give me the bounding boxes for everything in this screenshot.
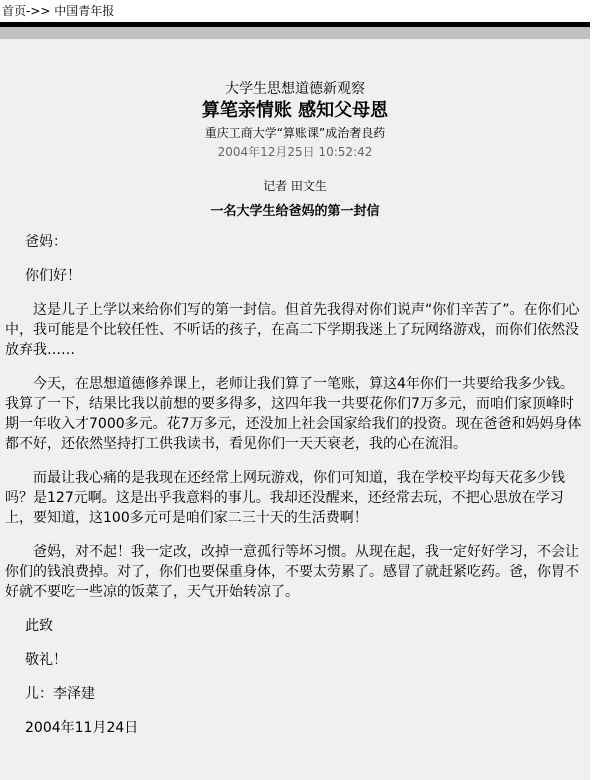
breadcrumb-current-link[interactable]: 中国青年报 (54, 4, 114, 18)
article-datetime: 2004年12月25日 10:52:42 (0, 144, 590, 160)
letter-paragraph: 而最让我心痛的是我现在还经常上网玩游戏，你们可知道，我在学校平均每天花多少钱吗？… (5, 468, 585, 528)
breadcrumb: 首页->> 中国青年报 (2, 3, 114, 19)
article-container: 大学生思想道德新观察 算笔亲情账 感知父母恩 重庆工商大学“算账课”成治奢良药 … (0, 39, 590, 780)
letter-greeting: 你们好！ (5, 266, 585, 286)
letter-title: 一名大学生给爸妈的第一封信 (0, 203, 590, 221)
letter-paragraph: 今天，在思想道德修养课上，老师让我们算了一笔账，算这4年你们一共要给我多少钱。我… (5, 374, 585, 454)
article-subtitle: 大学生思想道德新观察 (0, 80, 590, 98)
letter-closing-1: 此致 (5, 616, 585, 636)
article-lead: 重庆工商大学“算账课”成治奢良药 (0, 125, 590, 141)
letter-paragraph: 爸妈，对不起！我一定改，改掉一意孤行等坏习惯。从现在起，我一定好好学习，不会让你… (5, 542, 585, 602)
breadcrumb-home-link[interactable]: 首页 (2, 4, 26, 18)
article-title: 算笔亲情账 感知父母恩 (0, 99, 590, 123)
letter-signature: 儿：李泽建 (5, 684, 585, 704)
letter-date: 2004年11月24日 (5, 718, 585, 738)
header-divider-gray (0, 27, 590, 39)
letter-closing-2: 敬礼！ (5, 650, 585, 670)
letter-paragraph: 这是儿子上学以来给你们写的第一封信。但首先我得对你们说声“你们辛苦了”。在你们心… (5, 300, 585, 360)
breadcrumb-separator: ->> (26, 4, 50, 18)
letter-salutation: 爸妈： (5, 232, 585, 252)
article-reporter: 记者 田文生 (0, 178, 590, 194)
article-body: 爸妈： 你们好！ 这是儿子上学以来给你们写的第一封信。但首先我得对你们说声“你们… (5, 232, 585, 752)
